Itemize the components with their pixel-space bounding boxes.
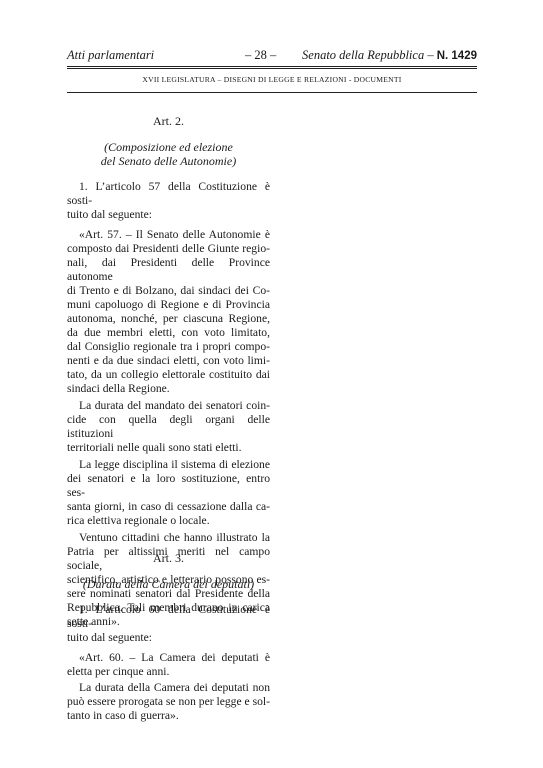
text-line: La legge disciplina il sistema di elezio… bbox=[67, 458, 270, 472]
text-line: di Trento e di Bolzano, dai sindaci dei … bbox=[67, 284, 270, 298]
text-line: nenti e da due sindaci eletti, con voto … bbox=[67, 354, 270, 368]
header-chamber-name: Senato della Repubblica – bbox=[302, 48, 434, 62]
header-page-number: – 28 – bbox=[245, 48, 276, 63]
text-line: territoriali nelle quali sono stati elet… bbox=[67, 441, 270, 455]
text-line: sindaci della Regione. bbox=[67, 382, 270, 396]
paragraph: La legge disciplina il sistema di elezio… bbox=[67, 458, 270, 528]
text-line: La durata del mandato dei senatori coin- bbox=[67, 399, 270, 413]
text-line: composto dai Presidenti delle Giunte reg… bbox=[67, 242, 270, 256]
text-line: rica elettiva regionale o locale. bbox=[67, 514, 270, 528]
paragraph: «Art. 57. – Il Senato delle Autonomie è … bbox=[67, 228, 270, 396]
header-row: Atti parlamentari – 28 – Senato della Re… bbox=[67, 48, 477, 64]
text-line: 1. L’articolo 57 della Costituzione è so… bbox=[67, 180, 270, 208]
text-line: muni capoluogo di Regione e di Provincia bbox=[67, 298, 270, 312]
paragraph: 1. L’articolo 60 della Costituzione è so… bbox=[67, 603, 270, 645]
header-double-rule bbox=[67, 66, 477, 69]
article-title: (Durata della Camera dei deputati) bbox=[67, 577, 270, 591]
article-title-line: (Durata della Camera dei deputati) bbox=[67, 577, 270, 591]
header-publication: Atti parlamentari bbox=[67, 48, 154, 63]
text-line: eletta per cinque anni. bbox=[67, 665, 270, 679]
text-line: tanto in caso di guerra». bbox=[67, 709, 270, 723]
header-chamber: Senato della Repubblica – N. 1429 bbox=[302, 48, 477, 63]
article-title-line: del Senato delle Autonomie) bbox=[67, 154, 270, 168]
article-3: Art. 3. (Durata della Camera dei deputat… bbox=[67, 551, 270, 723]
text-line: dei senatori e la loro sostituzione, ent… bbox=[67, 472, 270, 500]
paragraph: La durata della Camera dei deputati non … bbox=[67, 681, 270, 723]
header-rule bbox=[67, 92, 477, 93]
text-line: «Art. 60. – La Camera dei deputati è bbox=[67, 651, 270, 665]
text-line: 1. L’articolo 60 della Costituzione è so… bbox=[67, 603, 270, 631]
paragraph: «Art. 60. – La Camera dei deputati è ele… bbox=[67, 651, 270, 679]
article-number: Art. 3. bbox=[67, 551, 270, 565]
article-title-line: (Composizione ed elezione bbox=[67, 140, 270, 154]
text-line: tuito dal seguente: bbox=[67, 631, 270, 645]
text-line: «Art. 57. – Il Senato delle Autonomie è bbox=[67, 228, 270, 242]
text-line: tuito dal seguente: bbox=[67, 208, 270, 222]
text-line: La durata della Camera dei deputati non bbox=[67, 681, 270, 695]
article-title: (Composizione ed elezione del Senato del… bbox=[67, 140, 270, 168]
page-header: Atti parlamentari – 28 – Senato della Re… bbox=[67, 48, 477, 93]
text-line: da due membri eletti, con voto limitato, bbox=[67, 326, 270, 340]
text-line: può essere prorogata se non per legge e … bbox=[67, 695, 270, 709]
article-number: Art. 2. bbox=[67, 114, 270, 128]
text-line: autonoma, nonché, per ciascuna Regione, bbox=[67, 312, 270, 326]
paragraph: La durata del mandato dei senatori coin-… bbox=[67, 399, 270, 455]
paragraph: 1. L’articolo 57 della Costituzione è so… bbox=[67, 180, 270, 222]
text-line: dal Consiglio regionale tra i propri com… bbox=[67, 340, 270, 354]
text-line: tato, da un collegio elettorale costitui… bbox=[67, 368, 270, 382]
text-line: santa giorni, in caso di cessazione dall… bbox=[67, 500, 270, 514]
header-legislature: XVII LEGISLATURA – DISEGNI DI LEGGE E RE… bbox=[67, 74, 477, 86]
text-line: cide con quella degli organi delle istit… bbox=[67, 413, 270, 441]
header-bill-number: N. 1429 bbox=[437, 50, 477, 62]
text-line: Ventuno cittadini che hanno illustrato l… bbox=[67, 531, 270, 545]
text-line: nali, dai Presidenti delle Province auto… bbox=[67, 256, 270, 284]
